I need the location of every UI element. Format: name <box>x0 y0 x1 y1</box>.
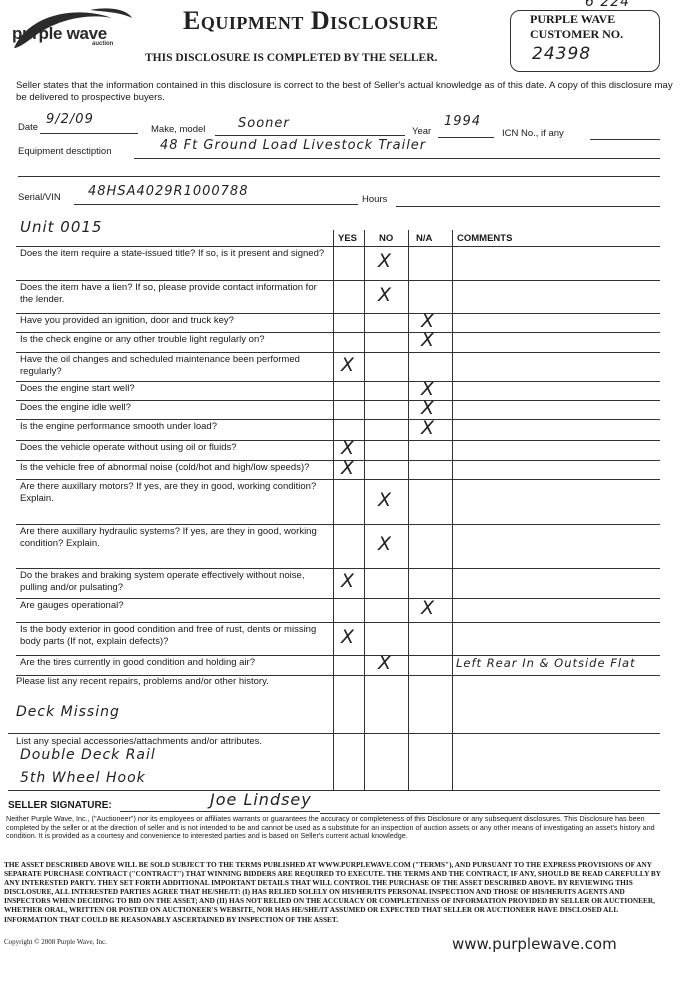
answer-cell-na[interactable] <box>409 480 451 523</box>
table-row-question: Does the item have a lien? If so, please… <box>20 282 330 306</box>
hours-field[interactable] <box>396 206 660 207</box>
table-row-question: Does the engine idle well? <box>20 402 330 414</box>
answer-cell-no[interactable] <box>365 623 407 654</box>
seller-signature-label: SELLER SIGNATURE: <box>8 800 112 811</box>
table-row-question: Are there auxillary hydraulic systems? I… <box>20 526 330 550</box>
table-row-question: Is the engine performance smooth under l… <box>20 421 330 433</box>
x-mark-icon: X <box>421 597 434 619</box>
legal-terms-text: The asset described above will be sold s… <box>4 860 669 924</box>
unit-note: Unit 0015 <box>20 218 102 236</box>
answer-cell-yes[interactable] <box>334 314 363 331</box>
table-row-question: Is the body exterior in good condition a… <box>20 624 330 648</box>
description-underline <box>134 158 660 159</box>
website-link[interactable]: www.purplewave.com <box>452 935 617 953</box>
answer-cell-no[interactable] <box>365 599 407 621</box>
column-header-no: NO <box>379 233 393 244</box>
serial-vin-field[interactable]: 48HSA4029R1000788 <box>88 184 248 199</box>
table-row-question: Have the oil changes and scheduled maint… <box>20 354 330 378</box>
answer-cell-yes[interactable] <box>334 382 363 399</box>
answer-cell-na[interactable] <box>409 623 451 654</box>
equipment-description-field[interactable]: 48 Ft Ground Load Livestock Trailer <box>160 138 660 153</box>
hours-label: Hours <box>362 194 387 205</box>
intro-statement: Seller states that the information conta… <box>16 80 676 104</box>
make-model-label: Make, model <box>151 124 205 135</box>
answer-cell-no[interactable] <box>365 441 407 459</box>
table-row-question: Are there auxillary motors? If yes, are … <box>20 481 330 505</box>
top-handwritten-mark: 6 224 <box>585 0 630 10</box>
document-subtitle: THIS DISCLOSURE IS COMPLETED BY THE SELL… <box>145 52 437 64</box>
accessories-divider <box>8 790 660 791</box>
answer-cell-yes[interactable] <box>334 333 363 351</box>
equipment-description-label: Equipment desctiption <box>18 146 111 157</box>
make-model-field[interactable]: Sooner <box>238 116 290 131</box>
answer-cell-na[interactable] <box>409 247 451 279</box>
x-mark-icon: X <box>378 250 391 272</box>
answer-cell-na[interactable] <box>409 281 451 312</box>
customer-box-label-2: CUSTOMER NO. <box>530 27 623 42</box>
x-mark-icon: X <box>378 533 391 555</box>
answer-cell-yes[interactable] <box>334 656 363 674</box>
serial-vin-label: Serial/VIN <box>18 192 61 203</box>
answer-cell-na[interactable] <box>409 569 451 597</box>
table-row-question: Does the engine start well? <box>20 383 330 395</box>
answer-cell-no[interactable] <box>365 461 407 478</box>
x-mark-icon: X <box>341 457 354 479</box>
x-mark-icon: X <box>378 489 391 511</box>
answer-cell-no[interactable] <box>365 333 407 351</box>
x-mark-icon: X <box>378 652 391 674</box>
answer-cell-yes[interactable] <box>334 401 363 418</box>
customer-box-label-1: PURPLE WAVE <box>530 12 615 27</box>
answer-cell-na[interactable] <box>409 656 451 674</box>
table-row-question: Have you provided an ignition, door and … <box>20 315 330 327</box>
customer-number-value[interactable]: 24398 <box>532 44 591 64</box>
make-model-underline <box>215 135 405 136</box>
answer-cell-no[interactable] <box>365 382 407 399</box>
year-field[interactable]: 1994 <box>444 114 481 129</box>
answer-cell-na[interactable] <box>409 525 451 567</box>
table-row-question: Does the item require a state-issued tit… <box>20 248 330 260</box>
x-mark-icon: X <box>421 397 434 419</box>
answer-cell-no[interactable] <box>365 569 407 597</box>
seller-signature-field[interactable]: Joe Lindsey <box>210 790 312 809</box>
date-label: Date <box>18 122 38 133</box>
answer-cell-no[interactable] <box>365 314 407 331</box>
table-row-question: Is the check engine or any other trouble… <box>20 334 330 346</box>
answer-cell-yes[interactable] <box>334 281 363 312</box>
x-mark-icon: X <box>341 570 354 592</box>
column-header-comments: COMMENTS <box>457 233 512 244</box>
table-row-question: Is the vehicle free of abnormal noise (c… <box>20 462 330 474</box>
date-field[interactable]: 9/2/09 <box>46 112 94 127</box>
answer-cell-yes[interactable] <box>334 599 363 621</box>
copyright-text: Copyright © 2008 Purple Wave, Inc. <box>4 938 107 946</box>
accessories-line-1[interactable]: Double Deck Rail <box>20 747 156 763</box>
answer-cell-no[interactable] <box>365 420 407 439</box>
history-label: Please list any recent repairs, problems… <box>16 676 316 688</box>
answer-cell-no[interactable] <box>365 353 407 380</box>
x-mark-icon: X <box>341 354 354 376</box>
table-row-question: Do the brakes and braking system operate… <box>20 570 330 594</box>
column-header-na: N/A <box>416 233 432 244</box>
document-title: Equipment Disclosure <box>183 6 439 36</box>
table-row-question: Does the vehicle operate without using o… <box>20 442 330 454</box>
serial-underline <box>74 204 358 205</box>
column-header-yes: YES <box>338 233 357 244</box>
answer-cell-no[interactable] <box>365 401 407 418</box>
answer-cell-na[interactable] <box>409 461 451 478</box>
description-underline-2 <box>18 176 660 177</box>
comment-field[interactable]: Left Rear In & Outside Flat <box>456 657 666 669</box>
answer-cell-yes[interactable] <box>334 247 363 279</box>
table-column-divider <box>452 230 453 790</box>
answer-cell-yes[interactable] <box>334 480 363 523</box>
disclaimer-text: Neither Purple Wave, Inc., ("Auctioneer"… <box>6 815 661 841</box>
x-mark-icon: X <box>421 417 434 439</box>
x-mark-icon: X <box>421 329 434 351</box>
accessories-label: List any special accessories/attachments… <box>16 736 262 747</box>
history-field[interactable]: Deck Missing <box>16 704 120 720</box>
answer-cell-yes[interactable] <box>334 525 363 567</box>
x-mark-icon: X <box>341 626 354 648</box>
answer-cell-na[interactable] <box>409 441 451 459</box>
table-row-question: Are the tires currently in good conditio… <box>20 657 330 669</box>
date-underline <box>40 133 138 134</box>
logo-subtext: auction <box>92 41 113 47</box>
year-label: Year <box>412 126 431 137</box>
answer-cell-na[interactable] <box>409 353 451 380</box>
table-row-question: Are gauges operational? <box>20 600 330 612</box>
x-mark-icon: X <box>378 284 391 306</box>
signature-underline <box>120 811 320 812</box>
accessories-line-2[interactable]: 5th Wheel Hook <box>20 770 146 786</box>
history-divider <box>8 733 660 734</box>
